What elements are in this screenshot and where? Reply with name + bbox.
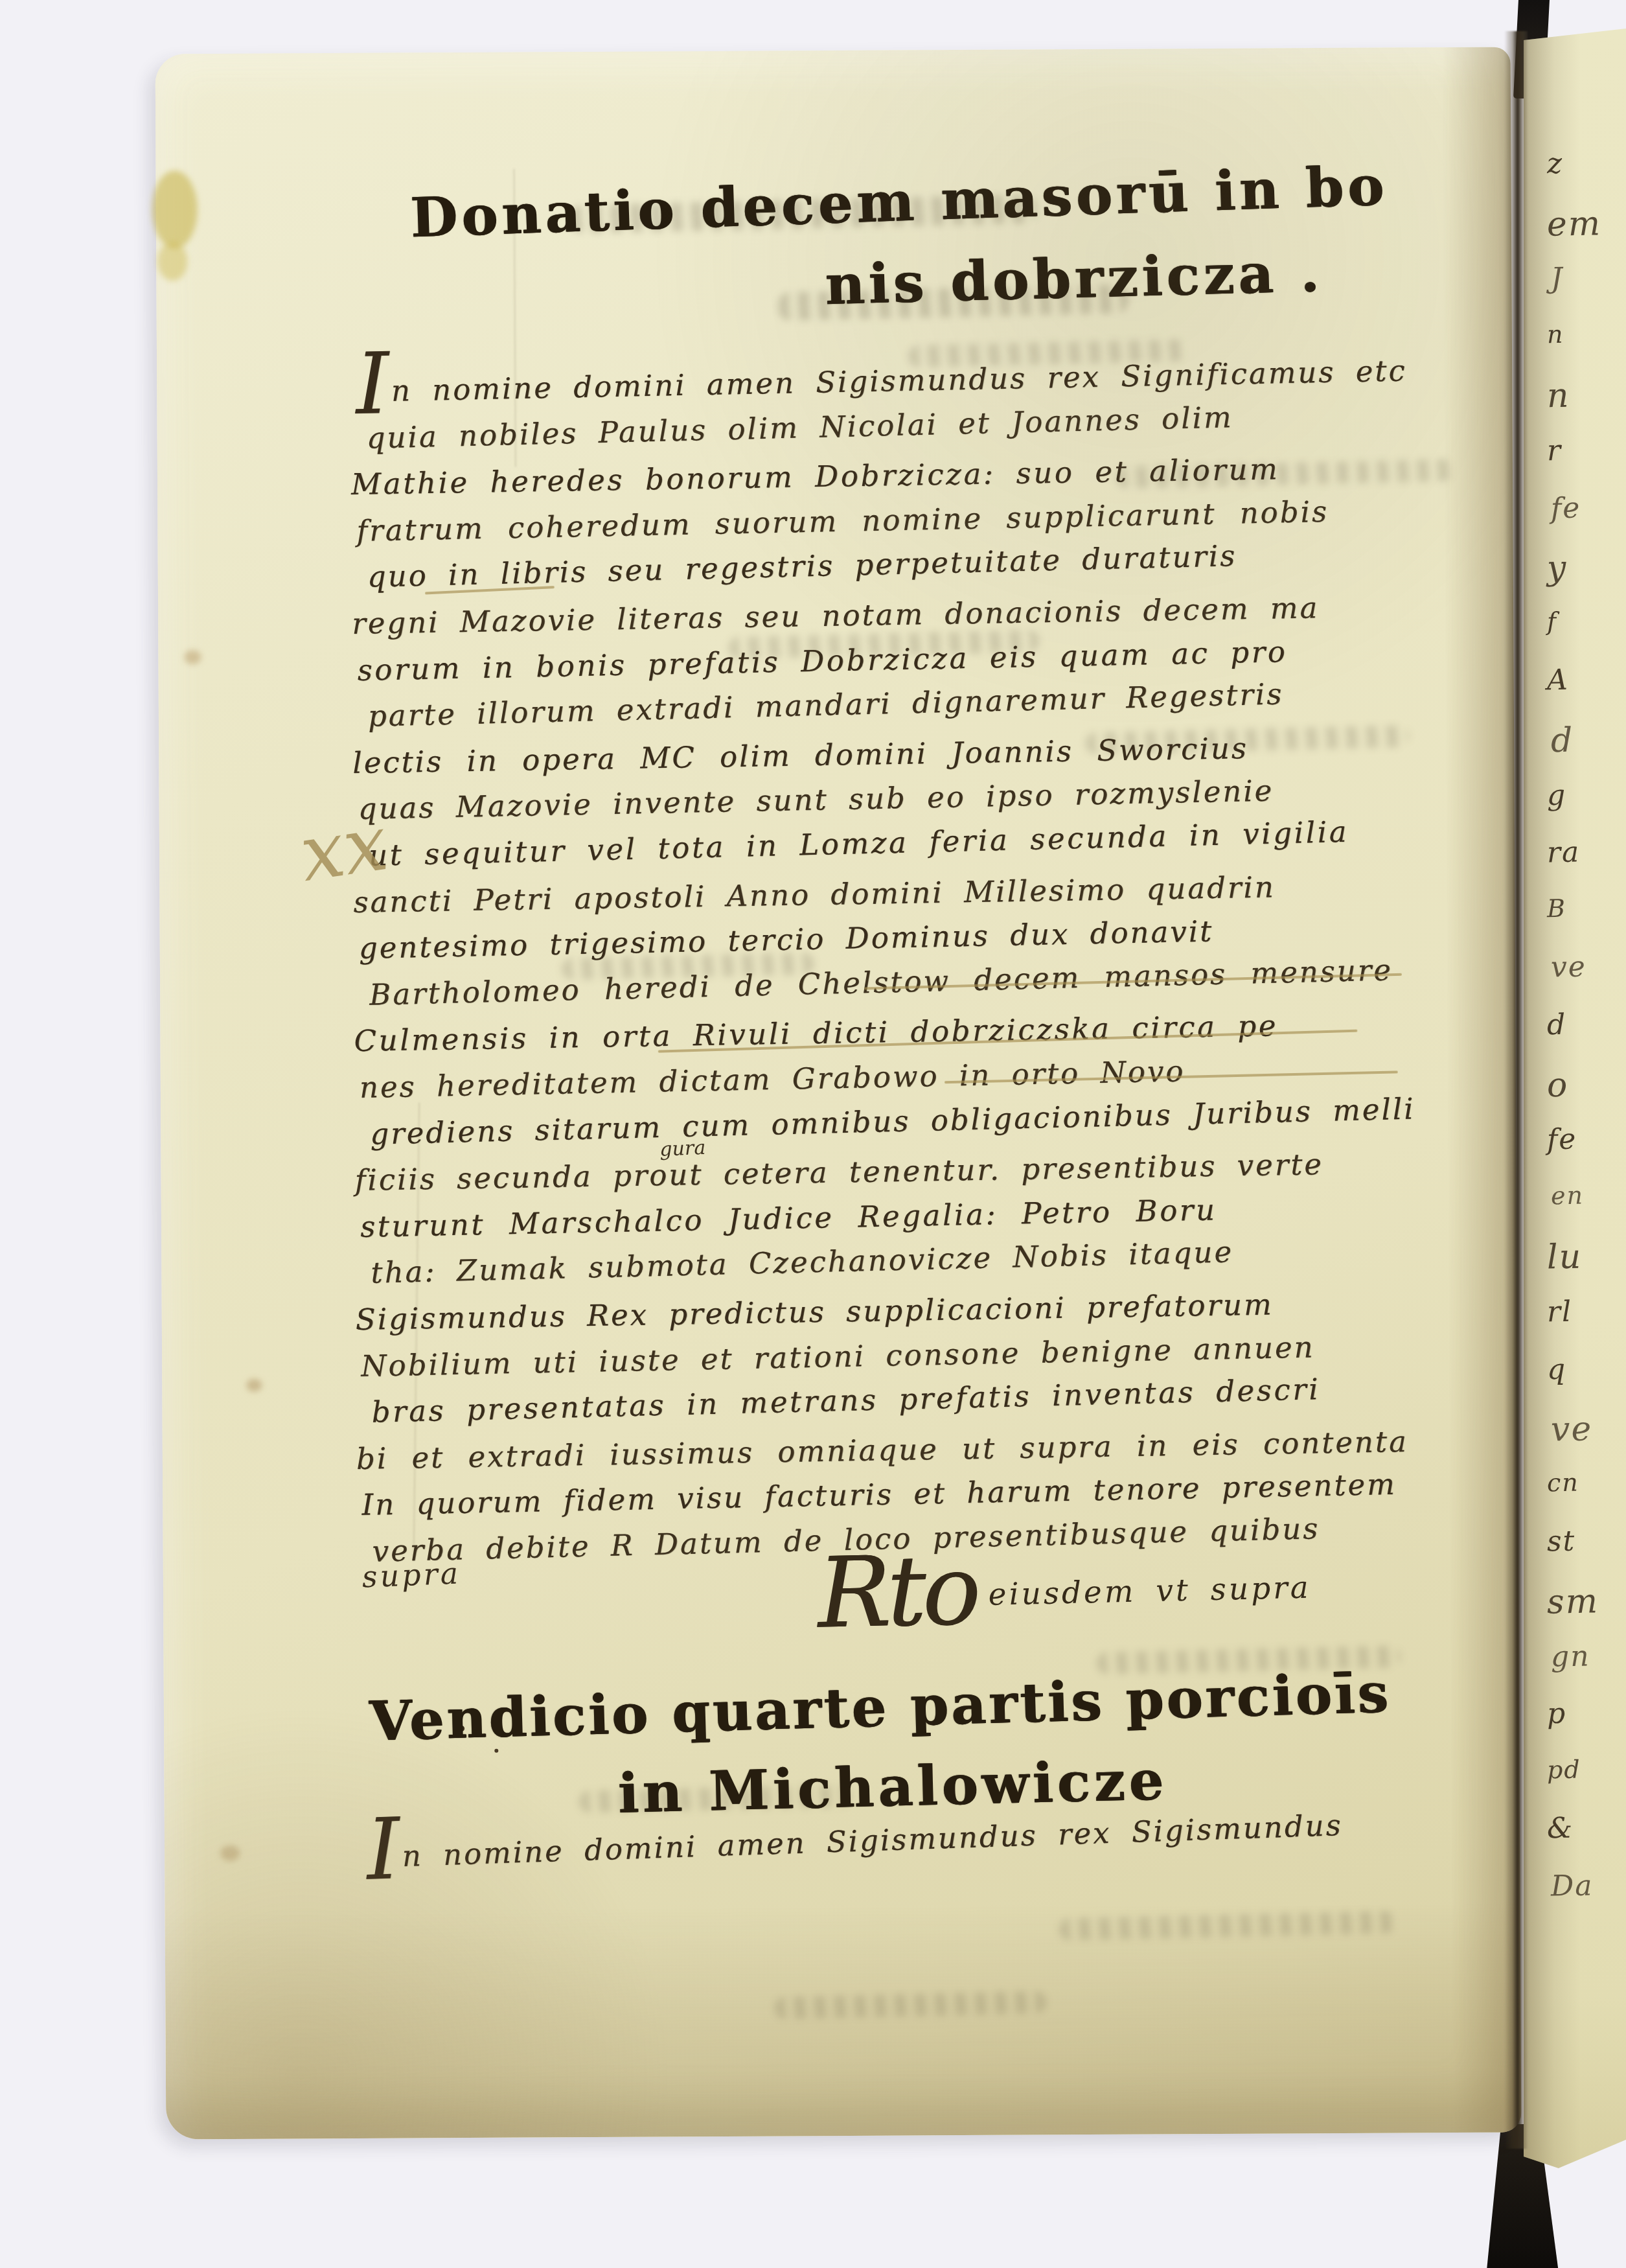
manuscript-text-line: regni Mazovie literas seu notam donacion… bbox=[352, 593, 1320, 638]
manuscript-text-line: tha: Zumak submota Czechanovicze Nobis i… bbox=[371, 1238, 1234, 1288]
entry1-heading-line2: nis dobrzicza . bbox=[824, 245, 1323, 312]
facing-page-text-fragment: ve bbox=[1551, 953, 1587, 982]
facing-page-text-fragment: o bbox=[1547, 1068, 1569, 1102]
signature-text: eiusdem vt supra bbox=[988, 1570, 1311, 1613]
entry1-text-block: In nomine domini amen Sigismundus rex Si… bbox=[356, 371, 1496, 377]
facing-page-text-fragment: q bbox=[1547, 1355, 1567, 1384]
facing-page-text-fragment: en bbox=[1551, 1183, 1585, 1208]
facing-page-text-fragment: pd bbox=[1547, 1757, 1581, 1782]
manuscript-text-line: lectis in opera MC olim domini Joannis S… bbox=[352, 734, 1248, 778]
entry2-heading-line1: Vendicio quarte partis porcioīs bbox=[369, 1666, 1391, 1749]
manuscript-text-line: In nomine domini amen Sigismundus rex Si… bbox=[356, 356, 1407, 406]
facing-page-text-fragment: z bbox=[1547, 150, 1564, 178]
manuscript-text-line: gentesimo trigesimo tercio Dominus dux d… bbox=[358, 917, 1213, 963]
entry1-heading-line1: Donatio decem masorū in bo bbox=[409, 158, 1388, 245]
facing-page-sliver: zemJnnrfeyfAdgraBvedofeenlurlqvecnstsmgn… bbox=[1524, 29, 1626, 2168]
facing-page-text-fragment: rl bbox=[1547, 1298, 1573, 1327]
facing-page-text-fragment: J bbox=[1551, 264, 1564, 293]
closing-word: supra bbox=[361, 1555, 461, 1594]
manuscript-text-line: bras presentatas in metrans prefatis inv… bbox=[371, 1374, 1321, 1427]
manuscript-text-line: ut sequitur vel tota in Lomza feria secu… bbox=[369, 817, 1349, 870]
facing-page-text-fragment: A bbox=[1547, 666, 1570, 695]
manuscript-text-line: sorum in bonis prefatis Dobrzicza eis qu… bbox=[357, 637, 1288, 685]
facing-page-text-fragment: st bbox=[1547, 1527, 1576, 1556]
manuscript-text-line: quas Mazovie invente sunt sub eo ipso ro… bbox=[358, 776, 1274, 824]
signature-monogram: Rto bbox=[816, 1534, 978, 1650]
facing-page-text-fragment: fe bbox=[1551, 494, 1581, 523]
manuscript-text-line: Sigismundus Rex predictus supplicacioni … bbox=[355, 1290, 1274, 1334]
clerk-signature: Rtoeiusdem vt supra bbox=[816, 1534, 1312, 1643]
facing-page-text-fragment: em bbox=[1547, 207, 1602, 241]
manuscript-text-line: Mathie heredes bonorum Dobrzicza: suo et… bbox=[351, 454, 1280, 499]
manuscript-text-line: In quorum fidem visu facturis et harum t… bbox=[361, 1470, 1397, 1520]
facing-page-text-fragment: ra bbox=[1547, 839, 1581, 868]
stain bbox=[246, 1379, 262, 1392]
bleedthrough-smudge bbox=[1059, 1911, 1396, 1941]
manuscript-text-line: grediens sitarum cum omnibus obligacioni… bbox=[370, 1094, 1415, 1148]
manuscript-text-line: quia nobiles Paulus olim Nicolai et Joan… bbox=[366, 402, 1233, 453]
facing-page-text-fragment: lu bbox=[1547, 1240, 1583, 1275]
manuscript-page: Donatio decem masorū in bo nis dobrzicza… bbox=[155, 47, 1522, 2140]
margin-mark: xx bbox=[295, 804, 392, 892]
facing-page-text-fragment: Da bbox=[1551, 1871, 1594, 1901]
bleedthrough-smudge bbox=[774, 1991, 1047, 2020]
manuscript-text-line: bi et extradi iussimus omniaque ut supra… bbox=[356, 1427, 1409, 1474]
facing-page-text-fragment: g bbox=[1547, 781, 1567, 810]
manuscript-text-line: parte illorum extradi mandari dignaremur… bbox=[367, 679, 1283, 731]
manuscript-text-line: ficiis secunda prout cetera tenentur. pr… bbox=[354, 1150, 1323, 1195]
entry2-first-line: In nomine domini amen Sigismundus rex Si… bbox=[366, 1811, 1343, 1872]
facing-page-text-fragment: ve bbox=[1551, 1413, 1593, 1447]
facing-page-text-fragment: & bbox=[1547, 1814, 1574, 1844]
manuscript-text-line: Nobilium uti iuste et rationi consone be… bbox=[361, 1332, 1315, 1381]
facing-page-text-fragment: fe bbox=[1547, 1126, 1577, 1155]
gutter-shadow bbox=[1504, 31, 1528, 2149]
facing-page-text-fragment: B bbox=[1547, 896, 1567, 921]
facing-page-text-fragment: p bbox=[1547, 1700, 1567, 1729]
facing-page-text-fragment: d bbox=[1547, 1011, 1567, 1040]
facing-page-text-fragment: gn bbox=[1551, 1642, 1590, 1671]
facing-page-text-fragment: d bbox=[1551, 724, 1574, 758]
facing-page-text-fragment: y bbox=[1547, 551, 1568, 586]
interlinear-note: gura bbox=[659, 1137, 706, 1161]
facing-page-text-fragment: r bbox=[1547, 437, 1563, 465]
manuscript-text-line: Culmensis in orta Rivuli dicti dobrziczs… bbox=[354, 1012, 1278, 1056]
facing-page-text-fragment: sm bbox=[1547, 1584, 1599, 1619]
scanned-manuscript-spread: zemJnnrfeyfAdgraBvedofeenlurlqvecnstsmgn… bbox=[0, 0, 1626, 2268]
manuscript-text-line: sancti Petri apostoli Anno domini Milles… bbox=[353, 872, 1276, 917]
facing-page-text-fragment: n bbox=[1547, 322, 1564, 347]
manuscript-text-line: fratrum coheredum suorum nomine supplica… bbox=[356, 497, 1329, 546]
stain bbox=[152, 170, 198, 248]
stain bbox=[157, 242, 187, 281]
facing-page-text-fragment: f bbox=[1547, 609, 1558, 634]
facing-page-text-fragment: cn bbox=[1547, 1470, 1579, 1495]
stain bbox=[184, 650, 201, 664]
manuscript-text-line: sturunt Marschalco Judice Regalia: Petro… bbox=[360, 1195, 1217, 1242]
facing-page-text-fragment: n bbox=[1547, 379, 1570, 413]
manuscript-text-line: Bartholomeo heredi de Chelstow decem man… bbox=[369, 955, 1393, 1010]
manuscript-text-line: quo in libris seu regestris perpetuitate… bbox=[367, 541, 1237, 592]
stain bbox=[220, 1846, 240, 1861]
entry2-heading-line2: in Michalowicze bbox=[617, 1753, 1168, 1821]
